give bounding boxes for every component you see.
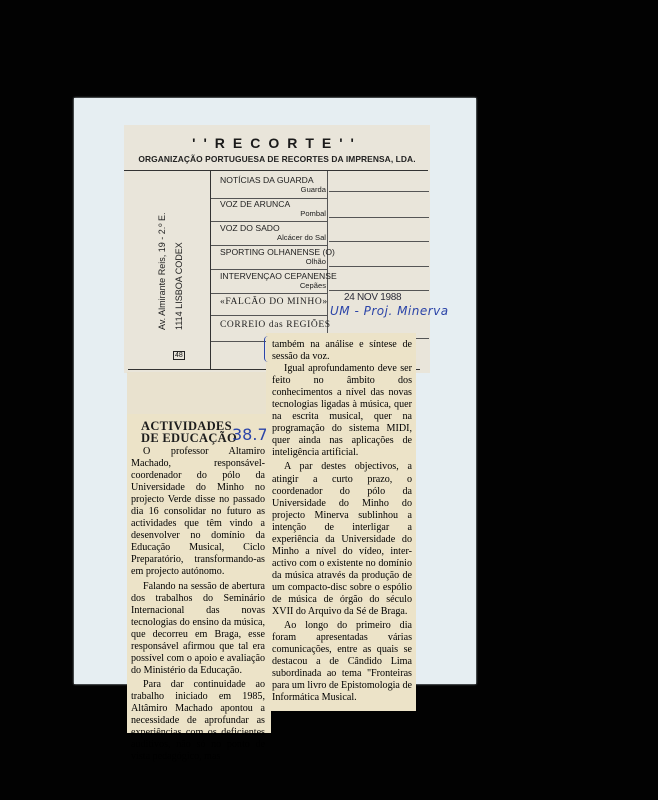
recorte-organization: ORGANIZAÇÃO PORTUGUESA DE RECORTES DA IM… <box>124 154 430 164</box>
column-divider <box>210 171 211 369</box>
publication-voz-do-sado: VOZ DO SADO Alcácer do Sal <box>218 223 326 242</box>
publication-correio-das-regioes: CORREIO das REGIÕES <box>218 320 326 330</box>
right-column-text: também na análise e síntese de sessão da… <box>272 339 412 704</box>
clipping-blank-area <box>127 372 270 414</box>
publication-intervencao-cepanense: INTERVENÇAO CEPANENSE Cepães <box>218 271 326 290</box>
handwritten-note: UM - Proj. Minerva <box>330 304 449 318</box>
publication-noticias-da-guarda: NOTÍCIAS DA GUARDA Guarda <box>218 175 326 194</box>
paragraph: Para dar continuidade ao trabalho inicia… <box>131 679 265 763</box>
recorte-address: Av. Almirante Reis, 19 - 2.º E. 1114 LIS… <box>154 212 188 330</box>
publication-falcao-do-minho: «FALCÃO DO MINHO» <box>218 297 326 307</box>
paragraph: Igual aprofundamento deve ser feito no â… <box>272 363 412 459</box>
paragraph: A par destes objectivos, a atingir a cur… <box>272 461 412 618</box>
address-line-1: Av. Almirante Reis, 19 - 2.º E. <box>154 212 171 330</box>
paragraph: O professor Altamiro Machado, responsáve… <box>131 446 265 579</box>
address-line-2: 1114 LISBOA CODEX <box>171 212 188 330</box>
header-divider <box>124 170 428 171</box>
blue-bracket-mark <box>264 336 270 362</box>
paragraph: Ao longo do primeiro dia foram apresenta… <box>272 620 412 704</box>
paragraph: Falando na sessão de abertura dos trabal… <box>131 581 265 677</box>
date-stamp: 24 NOV 1988 <box>344 292 401 303</box>
article-headline: ACTIVIDADES DE EDUCAÇÃO <box>141 420 237 444</box>
paragraph: também na análise e síntese de sessão da… <box>272 339 412 363</box>
handwritten-number: 38.7 <box>232 425 268 444</box>
publication-sporting-olhanense: SPORTING OLHANENSE (O) Olhão <box>218 247 326 266</box>
left-column-text: O professor Altamiro Machado, responsáve… <box>131 446 265 763</box>
publication-voz-de-arunca: VOZ DE ARUNCA Pombal <box>218 199 326 218</box>
recorte-title: ''RECORTE'' <box>124 135 430 151</box>
headline-line-2: DE EDUCAÇÃO <box>141 432 237 444</box>
box-number: 48 <box>173 351 185 360</box>
